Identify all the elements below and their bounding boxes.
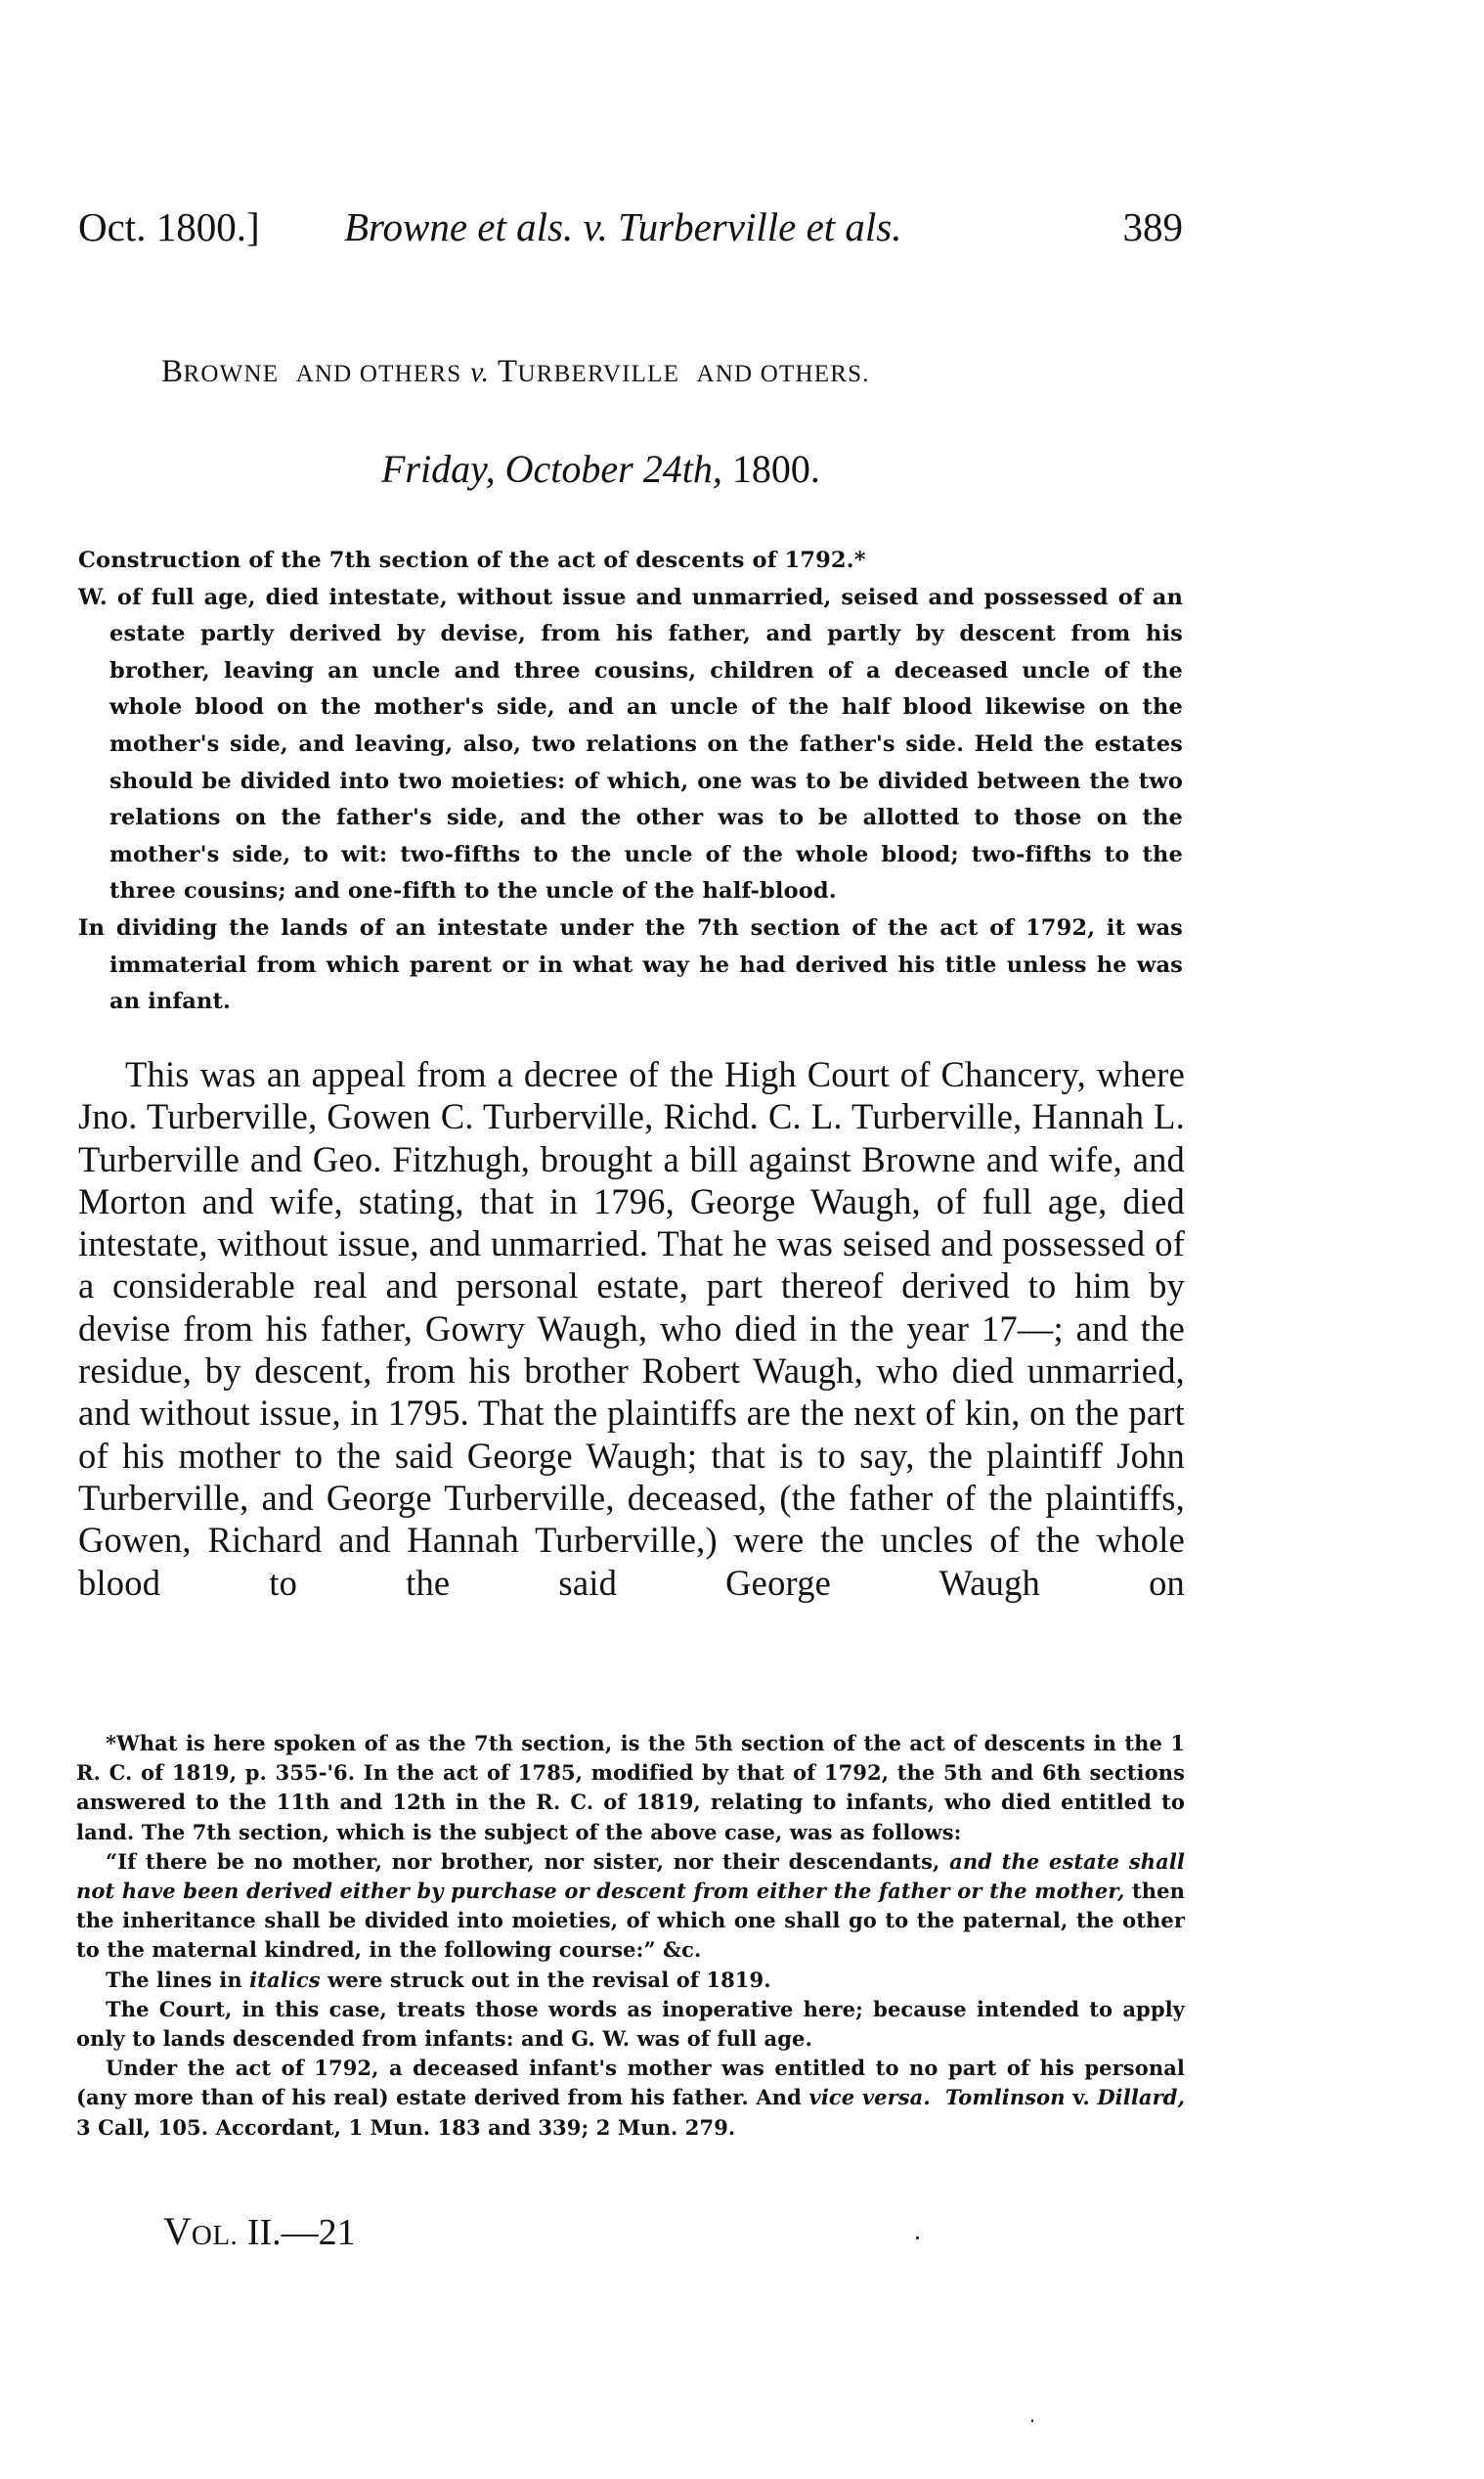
signature-number: II.—21 xyxy=(247,2212,356,2253)
case-title-and-others-2: and others. xyxy=(697,361,870,387)
case-date-year: 1800. xyxy=(732,447,820,491)
scan-speck xyxy=(916,2236,919,2239)
scan-speck xyxy=(1031,2419,1033,2422)
footnote-paragraph-1: *What is here spoken of as the 7th secti… xyxy=(76,1729,1185,1847)
headnote-topic: Construction of the 7th section of the a… xyxy=(78,543,1183,580)
signature-vol-initial: V xyxy=(163,2209,192,2253)
headnote-holding-1: W. of full age, died intestate, without … xyxy=(78,580,1183,910)
body-paragraph: This was an appeal from a decree of the … xyxy=(78,1053,1185,1604)
case-date-day: Friday, October 24th, xyxy=(381,447,722,491)
headnote: Construction of the 7th section of the a… xyxy=(78,543,1183,1021)
volume-signature: Vol. II.—21 xyxy=(163,2210,356,2257)
footnote-quote-start: “If there be no mother, nor brother, nor… xyxy=(106,1849,939,1874)
running-header: Oct. 1800.] Browne et als. v. Turbervill… xyxy=(78,202,1183,251)
case-title-party1-rest: rowne xyxy=(184,361,280,387)
footnote-p3-italic: italics xyxy=(249,1968,321,1992)
footnote-p5-case-party2: Dillard, xyxy=(1097,2085,1185,2109)
case-title-party1-initial: B xyxy=(161,354,184,389)
footnote-p3-end: were struck out in the revisal of 1819. xyxy=(327,1968,771,1992)
running-header-date: Oct. 1800.] xyxy=(78,202,260,251)
headnote-holding-2: In dividing the lands of an intestate un… xyxy=(78,910,1183,1021)
running-header-case-title: Browne et als. v. Turberville et als. xyxy=(344,202,902,251)
footnote-p3-start: The lines in xyxy=(106,1968,242,1992)
case-title-party2-initial: T xyxy=(498,354,518,389)
footnote-p5-versus: v. xyxy=(1072,2085,1090,2109)
page-number: 389 xyxy=(1123,202,1184,251)
case-title-party2-rest: urberville xyxy=(518,361,680,387)
footnote-paragraph-3: The lines in italics were struck out in … xyxy=(76,1966,1185,1995)
case-title-versus: v. xyxy=(470,356,490,388)
footnote-paragraph-4: The Court, in this case, treats those wo… xyxy=(76,1995,1185,2054)
case-date: Friday, October 24th, 1800. xyxy=(381,448,820,491)
opinion-body: This was an appeal from a decree of the … xyxy=(78,1053,1185,1604)
case-title-and-others-1: and others xyxy=(296,361,462,387)
case-title: Browne and others v. Turberville and oth… xyxy=(161,352,870,394)
signature-vol-rest: ol. xyxy=(192,2220,238,2251)
footnote-p5-case-party1: Tomlinson xyxy=(945,2085,1066,2109)
footnote: *What is here spoken of as the 7th secti… xyxy=(76,1729,1185,2143)
footnote-paragraph-2: “If there be no mother, nor brother, nor… xyxy=(76,1847,1185,1966)
footnote-p5-end: 3 Call, 105. Accordant, 1 Mun. 183 and 3… xyxy=(76,2115,735,2140)
footnote-p5-vice-versa: vice versa. xyxy=(809,2085,931,2109)
footnote-paragraph-5: Under the act of 1792, a deceased infant… xyxy=(76,2054,1185,2143)
